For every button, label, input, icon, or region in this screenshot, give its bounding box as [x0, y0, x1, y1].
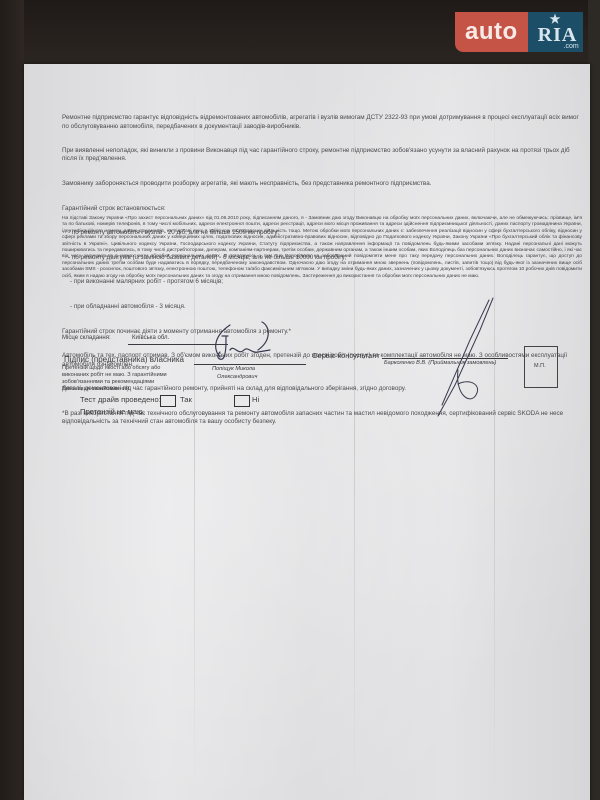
handwritten-signatures: [0, 0, 600, 800]
owner-signature: [216, 322, 270, 359]
consultant-signature: [438, 298, 493, 416]
